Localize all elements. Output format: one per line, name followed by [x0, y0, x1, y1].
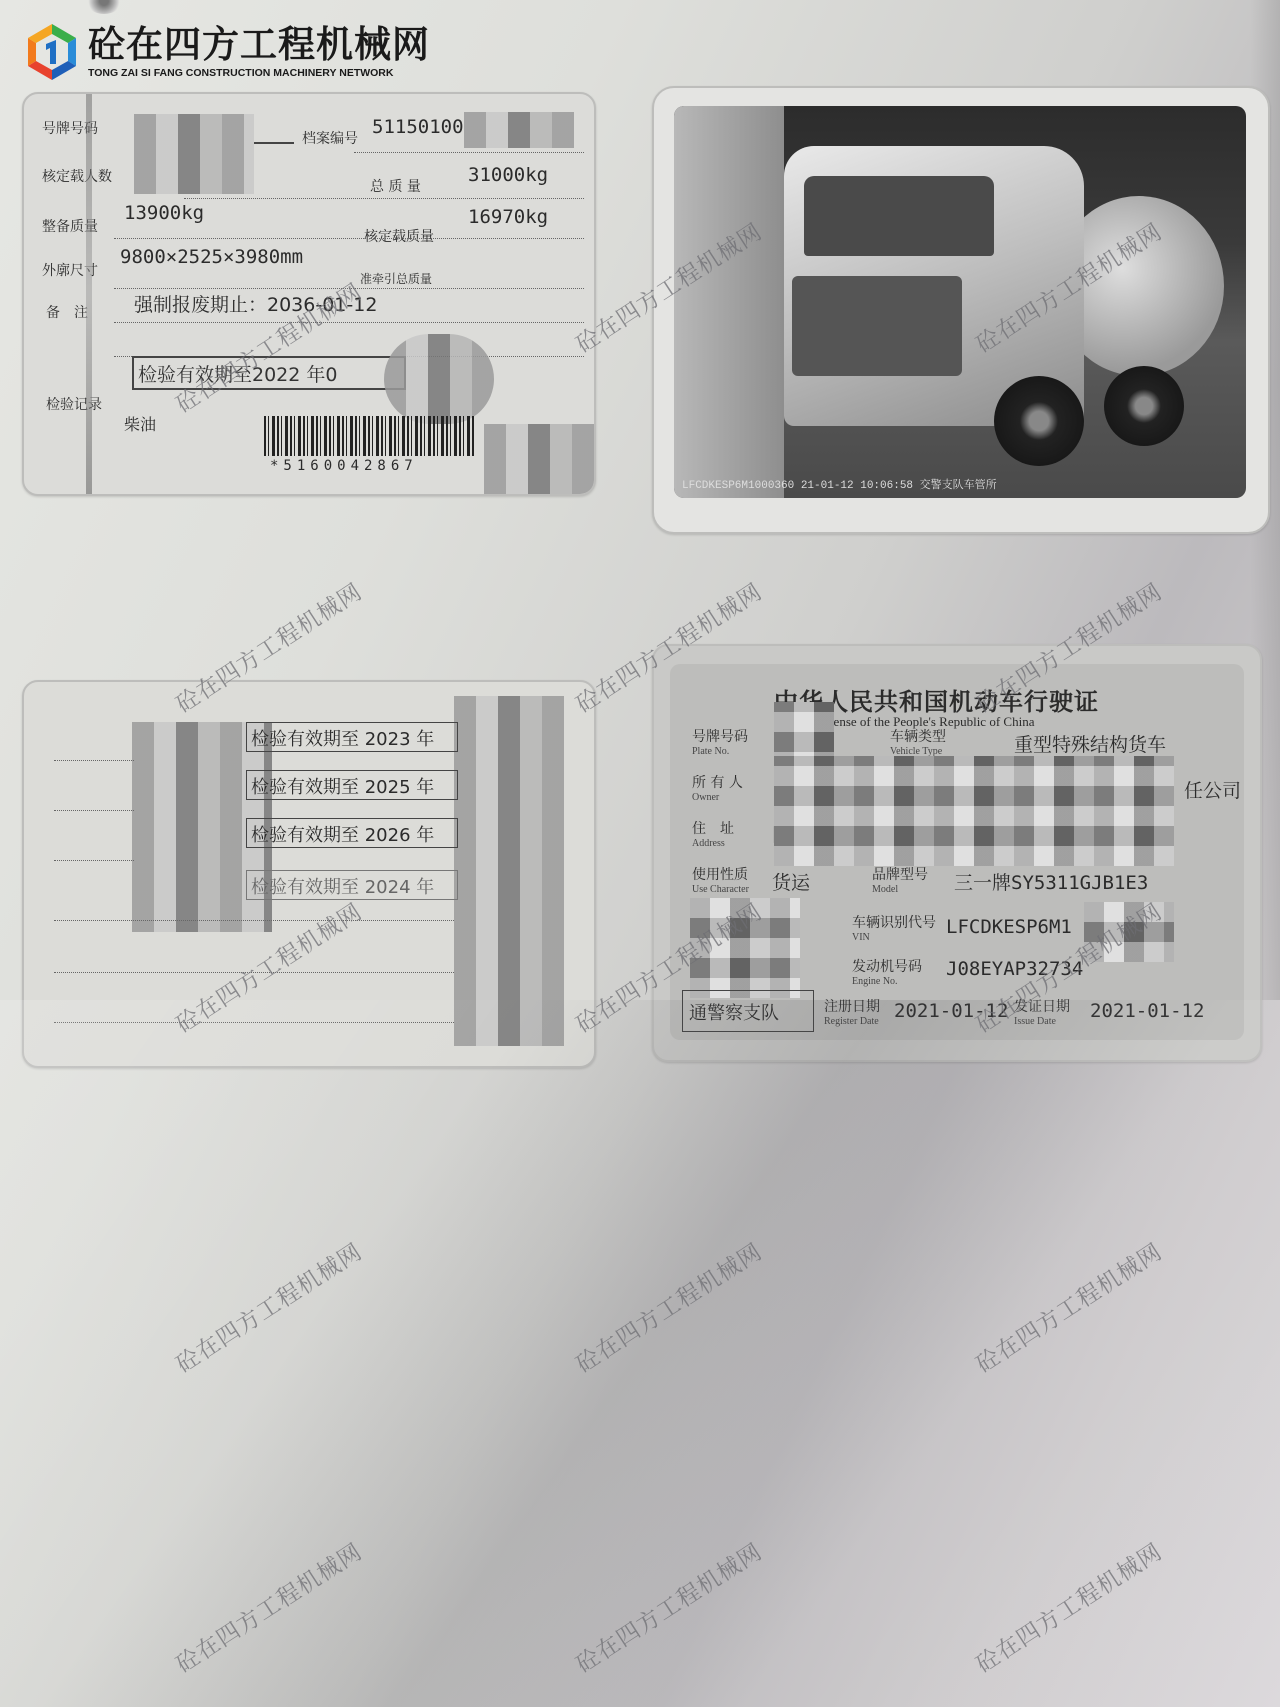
hexagon-logo-icon — [22, 20, 82, 84]
address-label: 住 址Address — [692, 818, 734, 849]
engine-value: J08EYAP32734 — [946, 958, 1083, 980]
redacted-stamp — [384, 334, 494, 424]
use-value: 货运 — [772, 868, 810, 895]
curb-mass-value: 13900kg — [124, 202, 204, 224]
rated-load-value: 16970kg — [468, 206, 548, 228]
fuel-type: 柴油 — [124, 412, 156, 435]
truck-photo: LFCDKESP6M1000360 21-01-12 10:06:58 交警支队… — [674, 106, 1246, 498]
barcode-number: *5160042867 — [270, 458, 418, 474]
inspection-stamp-1: 检验有效期至 2023 年 — [246, 722, 458, 752]
owner-label: 所 有 人Owner — [692, 772, 743, 803]
file-no-label: 档案编号 — [302, 128, 358, 148]
use-label: 使用性质Use Character — [692, 864, 749, 895]
remarks-label: 备 注 — [46, 302, 88, 322]
redacted-file-no — [464, 112, 574, 148]
redacted-plate — [134, 114, 254, 194]
paper-shadow — [0, 1000, 1280, 1707]
total-mass-value: 31000kg — [468, 164, 548, 186]
rated-load-label: 核定载质量 — [364, 226, 434, 246]
passengers-label: 核定载人数 — [42, 166, 112, 186]
vin-label: 车辆识别代号VIN — [852, 912, 936, 943]
engine-label: 发动机号码Engine No. — [852, 956, 922, 987]
tow-mass-label: 准牵引总质量 — [360, 270, 432, 287]
license-back-card-top: 号牌号码 档案编号 51150100 核定载人数 总 质 量 31000kg 整… — [22, 92, 596, 496]
redacted-photo-area — [690, 898, 800, 998]
vehicle-type-label: 车辆类型Vehicle Type — [890, 726, 946, 757]
logo-name-en: TONG ZAI SI FANG CONSTRUCTION MACHINERY … — [88, 67, 430, 79]
model-value: 三一牌SY5311GJB1E3 — [954, 868, 1148, 895]
inspection-label: 检验记录 — [46, 394, 102, 414]
redacted-barcode-tail — [484, 424, 594, 494]
inspection-stamp-2: 检验有效期至 2025 年 — [246, 770, 458, 800]
vehicle-type-value: 重型特殊结构货车 — [1014, 730, 1166, 757]
redacted-right-block — [454, 696, 564, 1046]
photo-caption: LFCDKESP6M1000360 21-01-12 10:06:58 交警支队… — [682, 476, 997, 492]
redacted-owner-address — [774, 756, 1174, 866]
redacted-vin-tail — [1084, 902, 1174, 962]
vehicle-photo-card: LFCDKESP6M1000360 21-01-12 10:06:58 交警支队… — [652, 86, 1270, 534]
site-logo: 砼在四方工程机械网 TONG ZAI SI FANG CONSTRUCTION … — [22, 20, 430, 84]
model-label: 品牌型号Model — [872, 864, 928, 895]
owner-value: 任公司 — [1184, 776, 1241, 803]
file-no-value: 51150100 — [372, 116, 464, 138]
inspection-stamp: 检验有效期至2022 年0 — [132, 356, 406, 390]
inspection-stamp-3: 检验有效期至 2026 年 — [246, 818, 458, 848]
vin-value: LFCDKESP6M1 — [946, 916, 1072, 938]
barcode — [264, 416, 474, 456]
total-mass-label: 总 质 量 — [370, 176, 421, 196]
remarks-value: 强制报废期止：2036-01-12 — [134, 290, 377, 317]
binder-rivet — [86, 0, 122, 14]
logo-name-cn: 砼在四方工程机械网 — [88, 25, 430, 65]
inspection-stamp-4: 检验有效期至 2024 年 — [246, 870, 458, 900]
dimensions-value: 9800×2525×3980mm — [120, 246, 303, 268]
plate-label: 号牌号码Plate No. — [692, 726, 748, 757]
